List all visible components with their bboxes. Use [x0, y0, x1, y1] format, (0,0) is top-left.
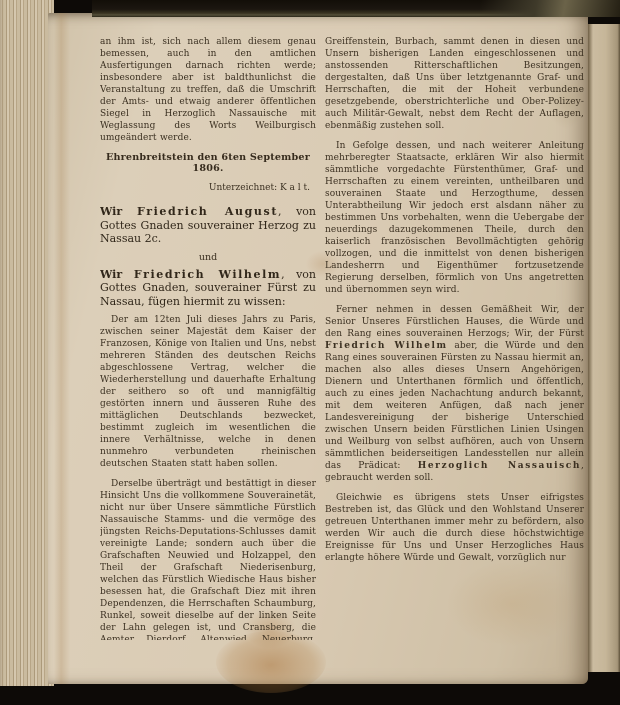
page-text: an ihm ist, sich nach allem diesem genau… — [100, 36, 584, 644]
heading-prefix: Wir — [100, 205, 137, 218]
adjacent-page-edge — [588, 24, 620, 672]
text-column-left: an ihm ist, sich nach allem diesem genau… — [100, 36, 316, 640]
ruler-name-august: Friedrich August — [137, 205, 278, 218]
conjunction-und: und — [100, 252, 316, 263]
book-edge-top — [92, 0, 620, 17]
heading-prefix: Wir — [100, 268, 134, 281]
proclamation-title-wilhelm: Wir Friedrich Wilhelm, von Gottes Gnaden… — [100, 268, 316, 309]
paragraph-welfare: Gleichwie es übrigens stets Unser eifrig… — [325, 492, 584, 564]
paragraph-territories: Derselbe überträgt und bestättigt in die… — [100, 478, 316, 640]
text-column-right: Greiffenstein, Burbach, sammt denen in d… — [325, 36, 584, 644]
dateline: Ehrenbreitstein den 6ten September 1806. — [100, 152, 316, 174]
paragraph-territories-continued: Greiffenstein, Burbach, sammt denen in d… — [325, 36, 584, 132]
heading-closing: fügen hiermit zu wissen: — [145, 295, 286, 308]
book-page: an ihm ist, sich nach allem diesem genau… — [48, 13, 588, 684]
page-stack-left-edge — [0, 0, 54, 686]
predicate-herzoglich-nassauisch: Herzoglich Nassauisch — [418, 461, 581, 471]
paragraph-text: aber, die Würde und den Rang eines souve… — [325, 341, 584, 471]
paragraph-text: Ferner nehmen in dessen Gemäßheit Wir, d… — [325, 305, 584, 339]
paragraph-titles: Ferner nehmen in dessen Gemäßheit Wir, d… — [325, 304, 584, 484]
ruler-name-wilhelm: Friedrich Wilhelm — [325, 341, 448, 351]
paragraph-unification: In Gefolge dessen, und nach weiterer Anl… — [325, 140, 584, 296]
proclamation-title-august: Wir Friedrich August, von Gottes Gnaden … — [100, 205, 316, 246]
book-scan: an ihm ist, sich nach allem diesem genau… — [0, 0, 620, 705]
signature-line: Unterzeichnet: K a l t. — [100, 183, 316, 193]
ruler-name-wilhelm: Friedrich Wilhelm — [134, 268, 281, 281]
paragraph-treaty: Der am 12ten Juli dieses Jahrs zu Paris,… — [100, 314, 316, 470]
paragraph-continuation: an ihm ist, sich nach allem diesem genau… — [100, 36, 316, 144]
